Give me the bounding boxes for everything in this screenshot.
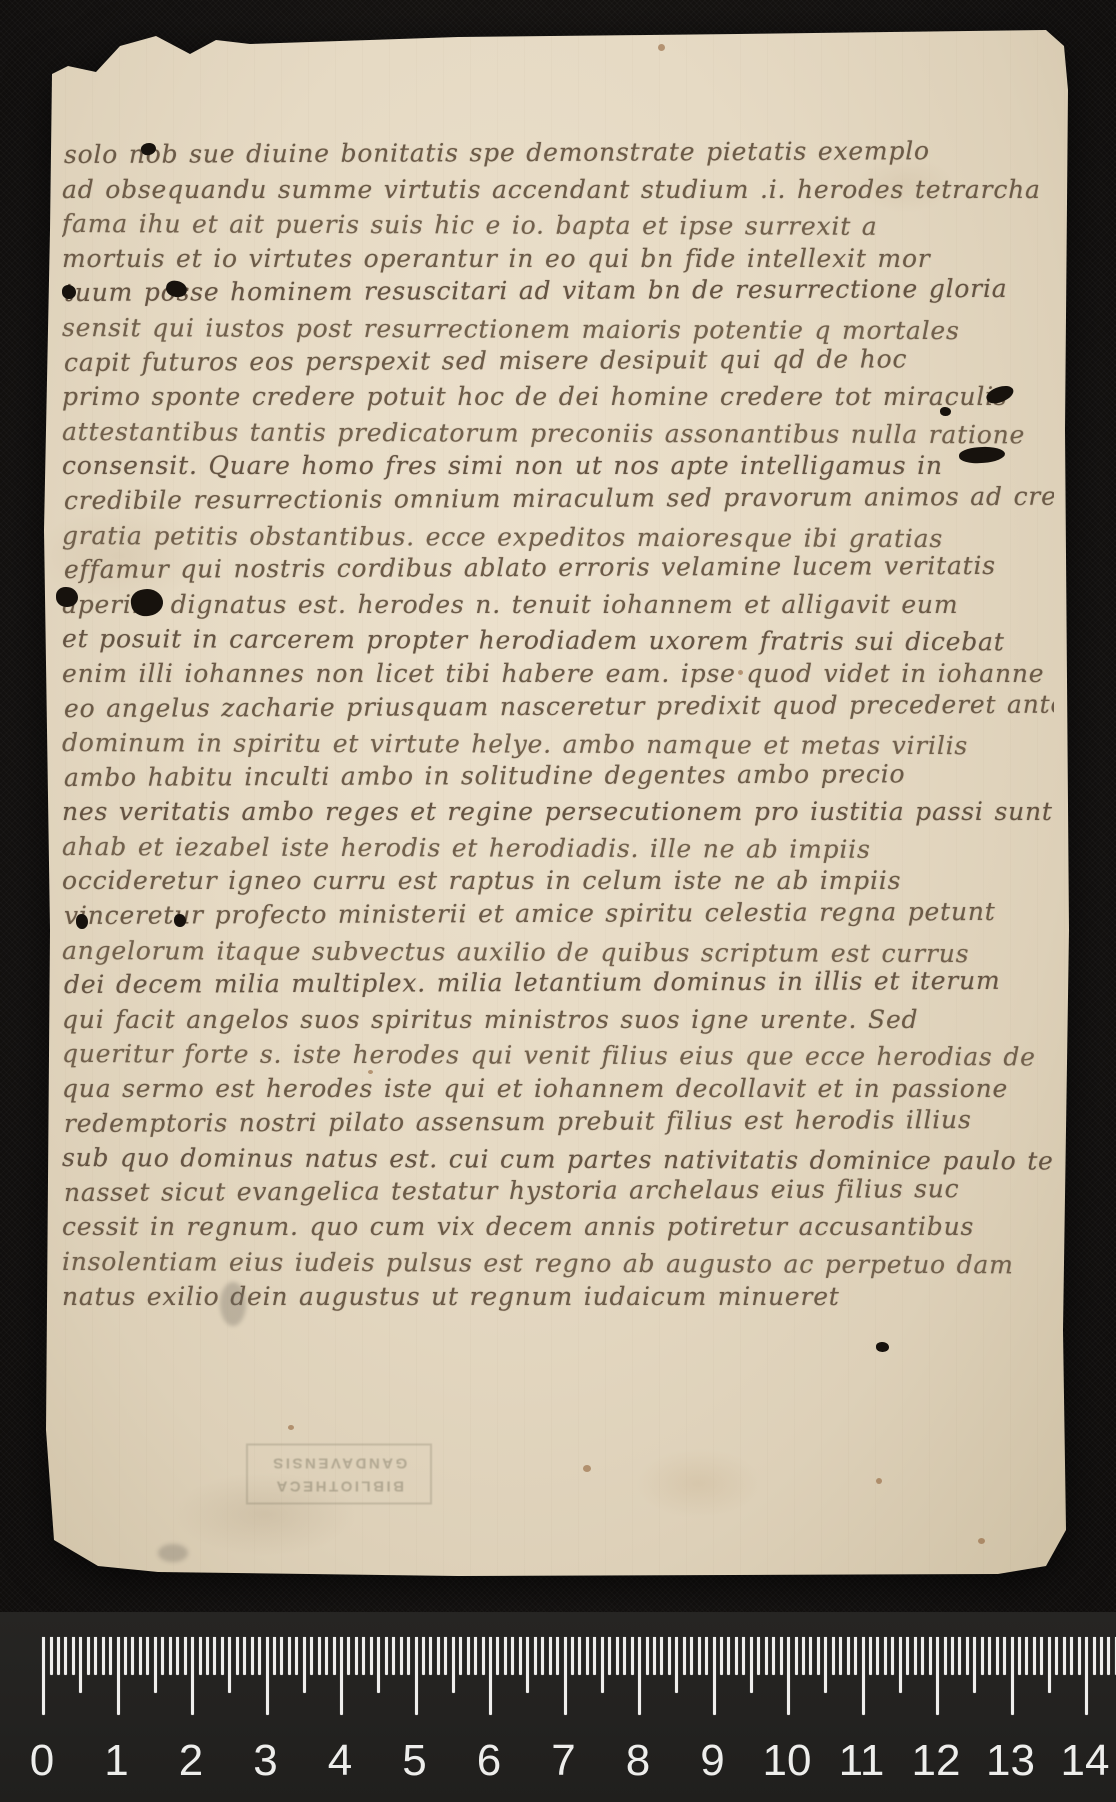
mm-tick [653,1637,656,1675]
mm-tick [683,1637,686,1675]
mm-tick [735,1637,738,1675]
manuscript-line: queritur forte s. iste herodes qui venit… [62,1037,1054,1075]
mm-tick [474,1637,477,1675]
mm-tick [660,1637,663,1675]
mm-tick [429,1637,432,1675]
half-cm-tick [675,1637,678,1693]
manuscript-page-wrap: solo nob sue diuine bonitatis spe demons… [38,30,1070,1576]
mm-tick [139,1637,142,1675]
mm-tick [1100,1637,1103,1675]
mm-tick [288,1637,291,1675]
half-cm-tick [228,1637,231,1693]
manuscript-line: solo nob sue diuine bonitatis spe demons… [64,138,1054,173]
mm-tick [876,1637,879,1675]
half-cm-tick [377,1637,380,1693]
manuscript-line: et posuit in carcerem propter herodiadem… [62,622,1054,660]
ink-blemish [876,1342,889,1352]
cm-tick [415,1637,418,1715]
mm-tick [802,1637,805,1675]
mm-tick [64,1637,67,1675]
speck-blemish [978,1538,985,1544]
manuscript-line: redemptoris nostri pilato assensum prebu… [64,1102,1054,1141]
manuscript-line: nasset sicut evangelica testatur hystori… [64,1171,1054,1210]
cm-tick [191,1637,194,1715]
mm-tick [958,1637,961,1675]
mm-tick [385,1637,388,1675]
mm-tick [199,1637,202,1675]
mm-tick [206,1637,209,1675]
mm-tick [400,1637,403,1675]
stamp-line-2: GANDAVENSIS [254,1451,424,1474]
ruler: 01234567891011121314 [0,1612,1116,1802]
mm-tick [161,1637,164,1675]
manuscript-text-block: solo nob sue diuine bonitatis spe demons… [62,138,1054,1398]
mm-tick [251,1637,254,1675]
cm-tick [340,1637,343,1715]
half-cm-tick [154,1637,157,1693]
mm-tick [482,1637,485,1675]
mm-tick [780,1637,783,1675]
mm-tick [534,1637,537,1675]
mm-tick [1018,1637,1021,1675]
mm-tick [817,1637,820,1675]
mm-tick [906,1637,909,1675]
mm-tick [1055,1637,1058,1675]
ruler-number: 6 [477,1736,501,1786]
mm-tick [772,1637,775,1675]
mm-tick [213,1637,216,1675]
mm-tick [720,1637,723,1675]
cm-tick [42,1637,45,1715]
mm-tick [355,1637,358,1675]
cm-tick [936,1637,939,1715]
mm-tick [87,1637,90,1675]
mm-tick [742,1637,745,1675]
mm-tick [571,1637,574,1675]
mm-tick [50,1637,53,1675]
cm-tick [117,1637,120,1715]
cm-tick [489,1637,492,1715]
mm-tick [57,1637,60,1675]
cm-tick [713,1637,716,1715]
mm-tick [869,1637,872,1675]
ruler-number: 1 [104,1736,128,1786]
mm-tick [981,1637,984,1675]
mm-tick [847,1637,850,1675]
library-stamp: BIBLIOTHECA GANDAVENSIS [246,1444,432,1505]
half-cm-tick [452,1637,455,1693]
cm-tick [1011,1637,1014,1715]
half-cm-tick [79,1637,82,1693]
mm-tick [295,1637,298,1675]
ink-blemish [62,285,76,299]
ruler-number: 12 [912,1736,961,1786]
mm-tick [988,1637,991,1675]
manuscript-page: solo nob sue diuine bonitatis spe demons… [38,30,1070,1576]
manuscript-line: vinceretur profecto ministerii et amice … [64,895,1054,934]
speck-blemish [738,670,743,675]
mm-tick [921,1637,924,1675]
mm-tick [668,1637,671,1675]
ruler-number: 5 [402,1736,426,1786]
manuscript-line: insolentiam eius iudeis pulsus est regno… [62,1245,1054,1283]
mm-tick [310,1637,313,1675]
mm-tick [131,1637,134,1675]
mm-tick [221,1637,224,1675]
mm-tick [698,1637,701,1675]
mm-tick [519,1637,522,1675]
mm-tick [884,1637,887,1675]
speck-blemish [876,1478,882,1484]
mm-tick [809,1637,812,1675]
mm-tick [690,1637,693,1675]
cm-tick [266,1637,269,1715]
mm-tick [146,1637,149,1675]
mm-tick [437,1637,440,1675]
mm-tick [169,1637,172,1675]
mm-tick [891,1637,894,1675]
mm-tick [914,1637,917,1675]
mm-tick [1025,1637,1028,1675]
mm-tick [243,1637,246,1675]
ruler-number: 0 [30,1736,54,1786]
mm-tick [556,1637,559,1675]
mm-tick [1070,1637,1073,1675]
ruler-number: 13 [986,1736,1035,1786]
mm-tick [757,1637,760,1675]
cm-tick [564,1637,567,1715]
ruler-number: 7 [551,1736,575,1786]
mm-tick [832,1637,835,1675]
cm-tick [1085,1637,1088,1715]
manuscript-line: ad obsequandu summe virtutis accendant s… [62,173,1054,208]
mm-tick [951,1637,954,1675]
ruler-number: 4 [328,1736,352,1786]
mm-tick [727,1637,730,1675]
smudge-blemish [220,1282,246,1326]
speck-blemish [368,1070,373,1074]
mm-tick [109,1637,112,1675]
mm-tick [273,1637,276,1675]
manuscript-line: dei decem milia multiplex. milia letanti… [64,964,1054,1003]
mm-tick [444,1637,447,1675]
mm-tick [459,1637,462,1675]
mm-tick [347,1637,350,1675]
half-cm-tick [750,1637,753,1693]
ruler-number: 9 [700,1736,724,1786]
mm-tick [176,1637,179,1675]
half-cm-tick [1048,1637,1051,1693]
ruler-number: 14 [1061,1736,1110,1786]
mm-tick [549,1637,552,1675]
manuscript-line: cessit in regnum. quo cum vix decem anni… [62,1210,1054,1245]
mm-tick [795,1637,798,1675]
ruler-number: 8 [626,1736,650,1786]
manuscript-line: mortuis et io virtutes operantur in eo q… [62,242,1054,277]
manuscript-line: effamur qui nostris cordibus ablato erro… [64,549,1054,588]
mm-tick [318,1637,321,1675]
manuscript-line: ambo habitu inculti ambo in solitudine d… [64,756,1054,795]
manuscript-line: fama ihu et ait pueris suis hic e io. ba… [62,207,1054,245]
ruler-number: 3 [253,1736,277,1786]
mm-tick [839,1637,842,1675]
manuscript-line: nes veritatis ambo reges et regine perse… [62,795,1054,830]
stamp-line-1: BIBLIOTHECA [254,1474,424,1497]
mm-tick [1107,1637,1110,1675]
mm-tick [72,1637,75,1675]
smudge-blemish [158,1544,188,1562]
mm-tick [467,1637,470,1675]
mm-tick [1003,1637,1006,1675]
manuscript-line: qua sermo est herodes iste qui et iohann… [62,1072,1054,1107]
mm-tick [944,1637,947,1675]
mm-tick [504,1637,507,1675]
half-cm-tick [973,1637,976,1693]
mm-tick [1093,1637,1096,1675]
mm-tick [124,1637,127,1675]
half-cm-tick [899,1637,902,1693]
manuscript-line: primo sponte credere potuit hoc de dei h… [62,380,1054,415]
ruler-number: 2 [179,1736,203,1786]
ink-blemish [940,407,951,416]
manuscript-line: tuum posse hominem resuscitari ad vitam … [64,272,1054,311]
manuscript-line: enim illi iohannes non licet tibi habere… [62,657,1054,692]
mm-tick [392,1637,395,1675]
mm-tick [422,1637,425,1675]
ink-blemish [174,914,186,927]
cm-tick [787,1637,790,1715]
half-cm-tick [601,1637,604,1693]
manuscript-line: qui facit angelos suos spiritus ministro… [62,1003,1054,1038]
ink-blemish [56,587,78,607]
mm-tick [184,1637,187,1675]
manuscript-line: ahab et iezabel iste herodis et herodiad… [62,830,1054,868]
mm-tick [325,1637,328,1675]
manuscript-line: aperire dignatus est. herodes n. tenuit … [62,588,1054,623]
mm-tick [94,1637,97,1675]
mm-tick [258,1637,261,1675]
manuscript-line: eo angelus zacharie priusquam nasceretur… [64,687,1054,726]
mm-tick [280,1637,283,1675]
speck-blemish [583,1465,591,1472]
mm-tick [1033,1637,1036,1675]
mm-tick [541,1637,544,1675]
speck-blemish [288,1425,294,1430]
manuscript-line: attestantibus tantis predicatorum precon… [62,415,1054,453]
mm-tick [102,1637,105,1675]
mm-tick [1078,1637,1081,1675]
mm-tick [578,1637,581,1675]
manuscript-line: consensit. Quare homo fres simi non ut n… [62,449,1054,484]
mm-tick [496,1637,499,1675]
cm-tick [862,1637,865,1715]
ruler-number: 11 [839,1736,885,1786]
cm-tick [638,1637,641,1715]
mm-tick [646,1637,649,1675]
ink-blemish [76,914,88,929]
mm-tick [362,1637,365,1675]
mm-tick [407,1637,410,1675]
ruler-number: 10 [763,1736,812,1786]
mm-tick [1040,1637,1043,1675]
mm-tick [765,1637,768,1675]
manuscript-line: natus exilio dein augustus ut regnum iud… [62,1280,1054,1315]
mm-tick [608,1637,611,1675]
mm-tick [705,1637,708,1675]
half-cm-tick [526,1637,529,1693]
speck-blemish [658,44,665,51]
mm-tick [996,1637,999,1675]
mm-tick [631,1637,634,1675]
mm-tick [854,1637,857,1675]
mm-tick [966,1637,969,1675]
mm-tick [511,1637,514,1675]
half-cm-tick [303,1637,306,1693]
manuscript-line: credibile resurrectionis omnium miraculu… [64,480,1054,519]
mm-tick [623,1637,626,1675]
mm-tick [593,1637,596,1675]
mm-tick [1063,1637,1066,1675]
mm-tick [929,1637,932,1675]
mm-tick [236,1637,239,1675]
half-cm-tick [824,1637,827,1693]
manuscript-line: capit futuros eos perspexit sed misere d… [64,341,1054,380]
manuscript-line: occideretur igneo curru est raptus in ce… [62,864,1054,899]
mm-tick [616,1637,619,1675]
mm-tick [333,1637,336,1675]
mm-tick [370,1637,373,1675]
mm-tick [586,1637,589,1675]
